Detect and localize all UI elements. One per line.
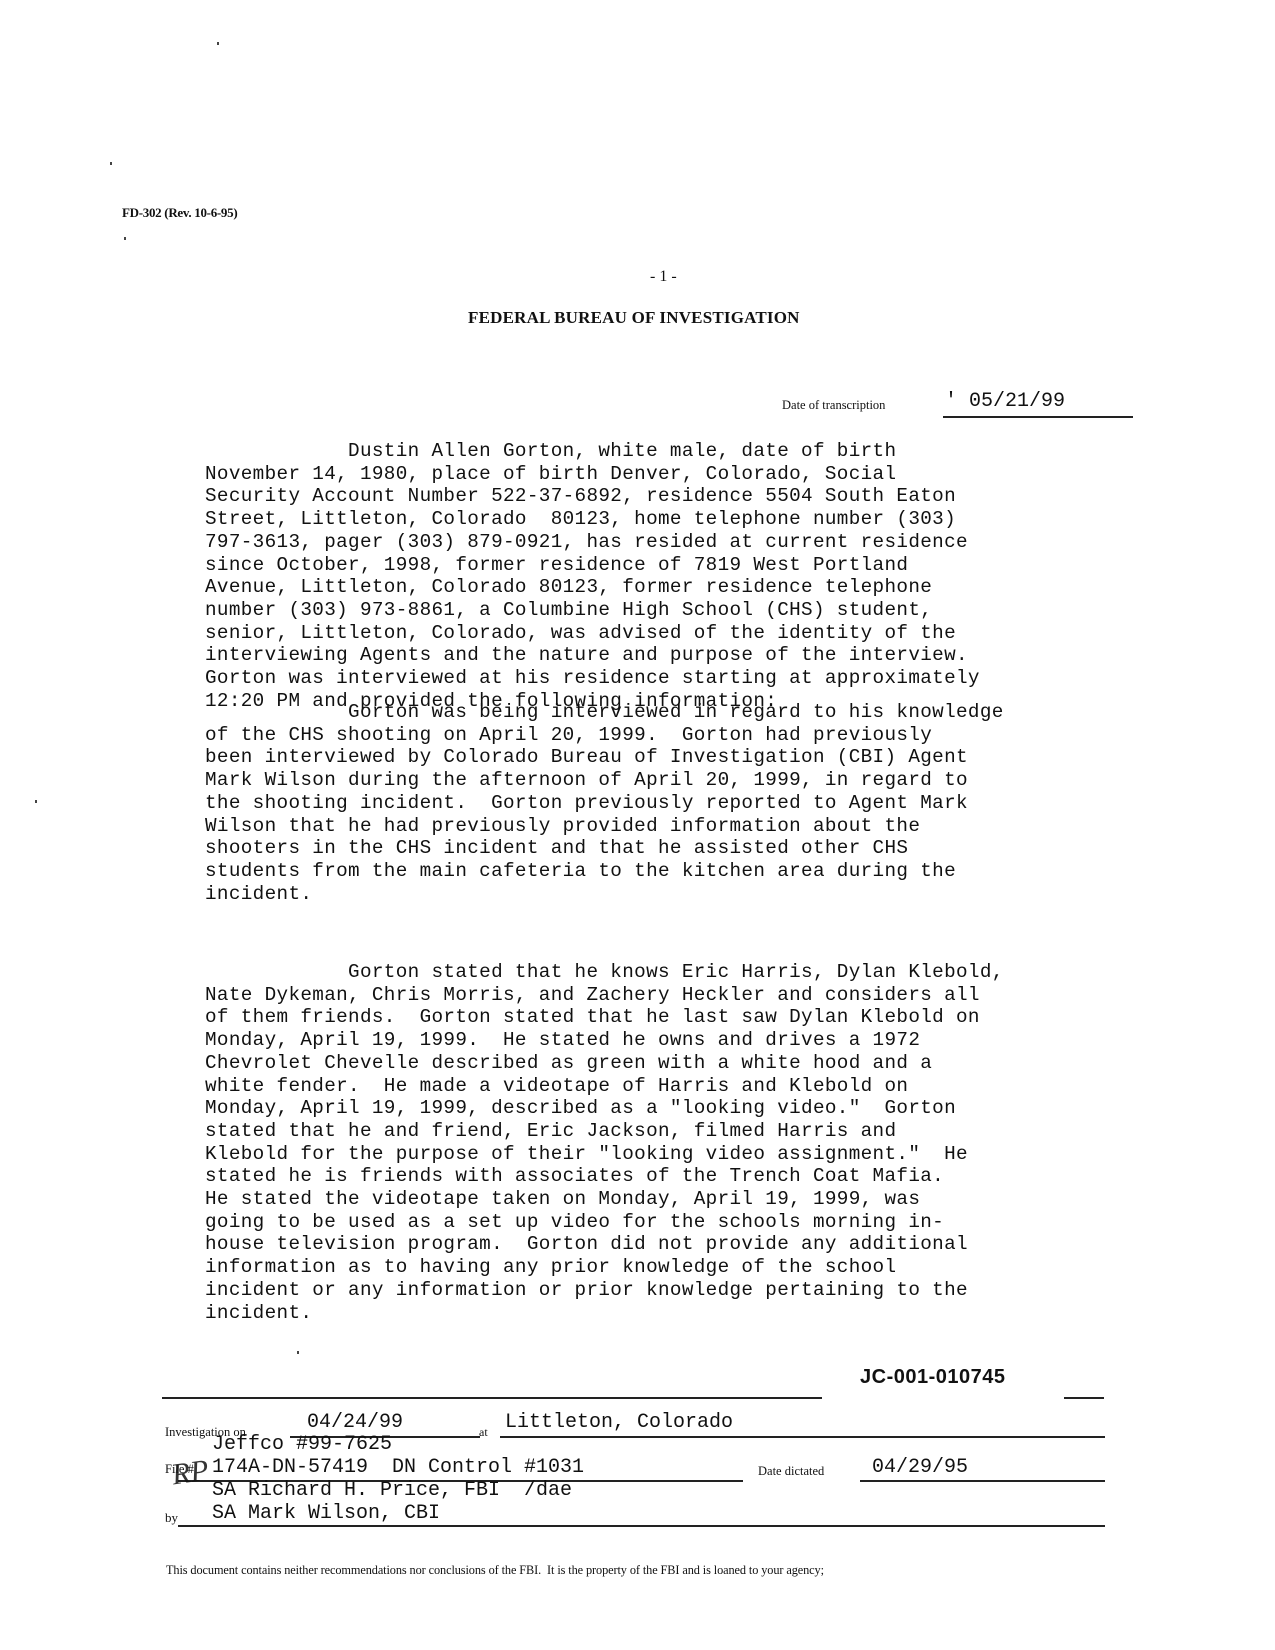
by-label: by bbox=[165, 1510, 178, 1526]
scan-speck bbox=[35, 800, 37, 803]
footer-top-rule bbox=[162, 1397, 822, 1399]
body-paragraph-3: Gorton stated that he knows Eric Harris,… bbox=[205, 961, 1085, 1324]
form-id: FD-302 (Rev. 10-6-95) bbox=[122, 205, 237, 221]
agent-2-name: SA Mark Wilson, CBI bbox=[212, 1502, 440, 1525]
investigation-date: 04/24/99 bbox=[307, 1411, 403, 1434]
fbi-disclaimer: This document contains neither recommend… bbox=[166, 1563, 824, 1578]
agents-underline bbox=[178, 1525, 1105, 1527]
file-number: 174A-DN-57419 DN Control #1031 bbox=[212, 1456, 584, 1479]
jeffco-case-number: Jeffco #99-7625 bbox=[212, 1433, 392, 1456]
body-paragraph-2: Gorton was being interviewed in regard t… bbox=[205, 701, 1085, 905]
document-title: FEDERAL BUREAU OF INVESTIGATION bbox=[468, 308, 800, 328]
scan-speck bbox=[217, 42, 219, 45]
body-paragraph-1: Dustin Allen Gorton, white male, date of… bbox=[205, 440, 1085, 712]
footer-top-rule-right bbox=[1064, 1397, 1104, 1399]
date-of-transcription-underline bbox=[943, 416, 1133, 418]
agent-1-name: SA Richard H. Price, FBI /dae bbox=[212, 1479, 572, 1502]
document-control-number: JC-001-010745 bbox=[860, 1366, 1006, 1389]
date-dictated-underline bbox=[860, 1480, 1105, 1482]
scan-speck bbox=[297, 1351, 299, 1354]
date-of-transcription-label: Date of transcription bbox=[782, 398, 885, 413]
date-dictated-label: Date dictated bbox=[758, 1464, 824, 1479]
at-label: at bbox=[479, 1425, 488, 1440]
scan-speck bbox=[124, 237, 126, 240]
page-number: - 1 - bbox=[650, 268, 677, 286]
scan-speck bbox=[110, 162, 112, 165]
investigation-place-underline bbox=[500, 1436, 1105, 1438]
date-dictated-value: 04/29/95 bbox=[872, 1456, 968, 1479]
handwritten-initials: RP bbox=[170, 1454, 211, 1493]
investigation-place: Littleton, Colorado bbox=[505, 1411, 733, 1434]
date-of-transcription-value: ' 05/21/99 bbox=[945, 390, 1065, 413]
